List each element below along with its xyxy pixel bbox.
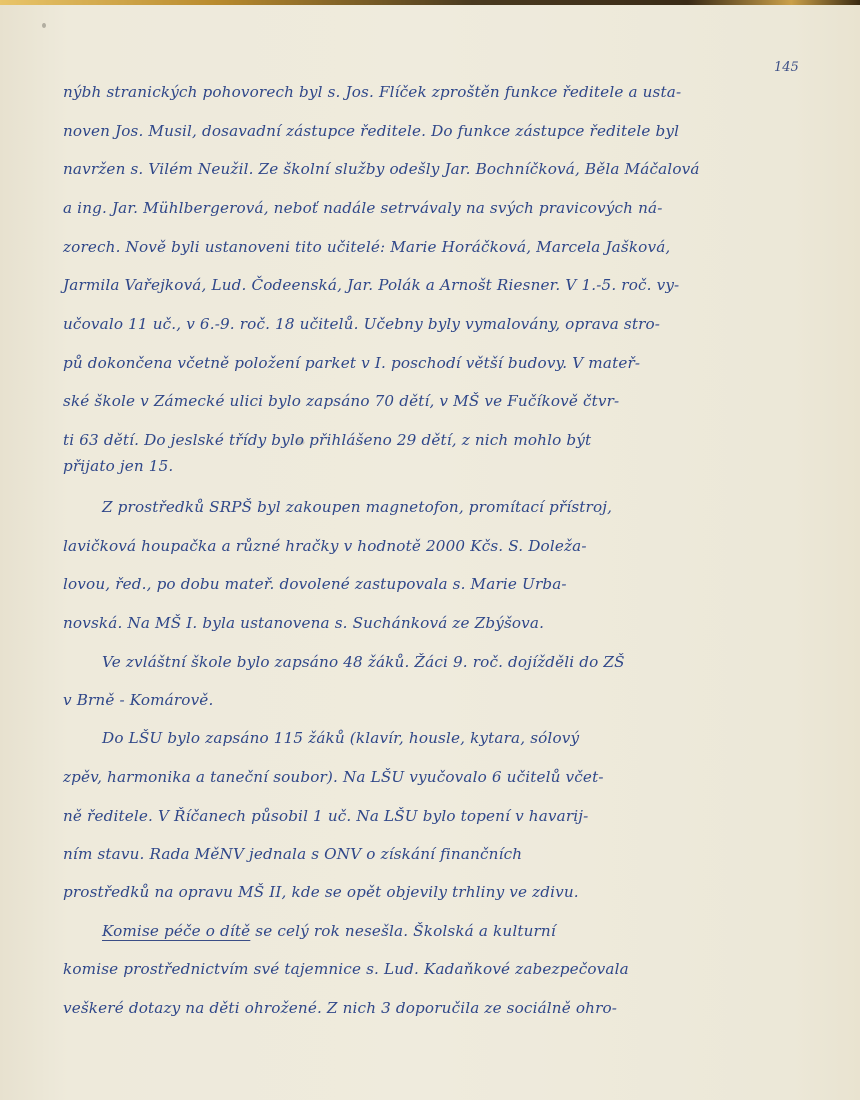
text-line-content: zorech. Nově byli ustanoveni tito učitel… — [63, 238, 670, 256]
scanned-document: 145 nýbh stranických pohovorech byl s. J… — [0, 0, 860, 1100]
text-line: Komise péče o dítě se celý rok nesešla. … — [102, 922, 840, 940]
text-line-content: ně ředitele. V Říčanech působil 1 uč. Na… — [63, 807, 588, 825]
text-line: ně ředitele. V Říčanech působil 1 uč. Na… — [63, 807, 840, 825]
text-line-content: pů dokončena včetně položení parket v I.… — [63, 354, 640, 372]
text-line-content: Do LŠU bylo zapsáno 115 žáků (klavír, ho… — [102, 729, 579, 747]
text-line-content: se celý rok nesešla. Školská a kulturní — [250, 922, 556, 940]
text-line: pů dokončena včetně položení parket v I.… — [63, 354, 840, 372]
paper-speck — [42, 23, 46, 28]
text-line-content: přijato jen 15. — [63, 457, 173, 475]
text-line-content: Ve zvláštní škole bylo zapsáno 48 žáků. … — [102, 653, 625, 671]
text-line: přijato jen 15. — [63, 457, 840, 475]
text-line: v Brně - Komárově. — [63, 691, 840, 709]
text-line-content: ti 63 dětí. Do jeslské třídy bylo přihlá… — [63, 431, 591, 449]
page-number: 145 — [774, 60, 799, 75]
text-line-content: a ing. Jar. Mühlbergerová, neboť nadále … — [63, 199, 663, 217]
text-line: komise prostřednictvím své tajemnice s. … — [63, 960, 840, 978]
text-line: lovou, řed., po dobu mateř. dovolené zas… — [63, 575, 840, 593]
text-line-content: veškeré dotazy na děti ohrožené. Z nich … — [63, 999, 617, 1017]
text-line-content: prostředků na opravu MŠ II, kde se opět … — [63, 883, 579, 901]
text-line-content: lavičková houpačka a různé hračky v hodn… — [63, 537, 587, 555]
text-line-content: Z prostředků SRPŠ byl zakoupen magnetofo… — [102, 498, 612, 516]
text-line-content: ním stavu. Rada MěNV jednala s ONV o zís… — [63, 845, 522, 863]
text-line: učovalo 11 uč., v 6.-9. roč. 18 učitelů.… — [63, 315, 840, 333]
text-line-content: komise prostřednictvím své tajemnice s. … — [63, 960, 629, 978]
text-line: novská. Na MŠ I. byla ustanovena s. Such… — [63, 614, 840, 632]
text-line-content: učovalo 11 uč., v 6.-9. roč. 18 učitelů.… — [63, 315, 660, 333]
text-line: ti 63 dětí. Do jeslské třídy bylo přihlá… — [63, 431, 840, 449]
text-line-content: v Brně - Komárově. — [63, 691, 213, 709]
text-line: Ve zvláštní škole bylo zapsáno 48 žáků. … — [102, 653, 840, 671]
text-line: noven Jos. Musil, dosavadní zástupce řed… — [63, 122, 840, 140]
text-line-content: nýbh stranických pohovorech byl s. Jos. … — [63, 83, 681, 101]
text-line: zpěv, harmonika a taneční soubor). Na LŠ… — [63, 768, 840, 786]
text-line: Jarmila Vařejková, Lud. Čodeenská, Jar. … — [63, 276, 840, 294]
text-line-content: noven Jos. Musil, dosavadní zástupce řed… — [63, 122, 679, 140]
underlined-heading: Komise péče o dítě — [102, 922, 250, 940]
text-line: navržen s. Vilém Neužil. Ze školní služb… — [63, 160, 840, 178]
text-line: prostředků na opravu MŠ II, kde se opět … — [63, 883, 840, 901]
text-line: nýbh stranických pohovorech byl s. Jos. … — [63, 83, 840, 101]
text-line-content: Jarmila Vařejková, Lud. Čodeenská, Jar. … — [63, 276, 679, 294]
text-line-content: zpěv, harmonika a taneční soubor). Na LŠ… — [63, 768, 604, 786]
text-line-content: navržen s. Vilém Neužil. Ze školní služb… — [63, 160, 700, 178]
text-line: ské škole v Zámecké ulici bylo zapsáno 7… — [63, 392, 840, 410]
text-line: Do LŠU bylo zapsáno 115 žáků (klavír, ho… — [102, 729, 840, 747]
text-line-content: ské škole v Zámecké ulici bylo zapsáno 7… — [63, 392, 619, 410]
text-line: zorech. Nově byli ustanoveni tito učitel… — [63, 238, 840, 256]
text-line: veškeré dotazy na děti ohrožené. Z nich … — [63, 999, 840, 1017]
text-line: a ing. Jar. Mühlbergerová, neboť nadále … — [63, 199, 840, 217]
text-line: Z prostředků SRPŠ byl zakoupen magnetofo… — [102, 498, 840, 516]
handwritten-page: 145 nýbh stranických pohovorech byl s. J… — [0, 5, 860, 1100]
text-line: ním stavu. Rada MěNV jednala s ONV o zís… — [63, 845, 840, 863]
text-line: lavičková houpačka a různé hračky v hodn… — [63, 537, 840, 555]
text-line-content: lovou, řed., po dobu mateř. dovolené zas… — [63, 575, 567, 593]
text-line-content: novská. Na MŠ I. byla ustanovena s. Such… — [63, 614, 544, 632]
